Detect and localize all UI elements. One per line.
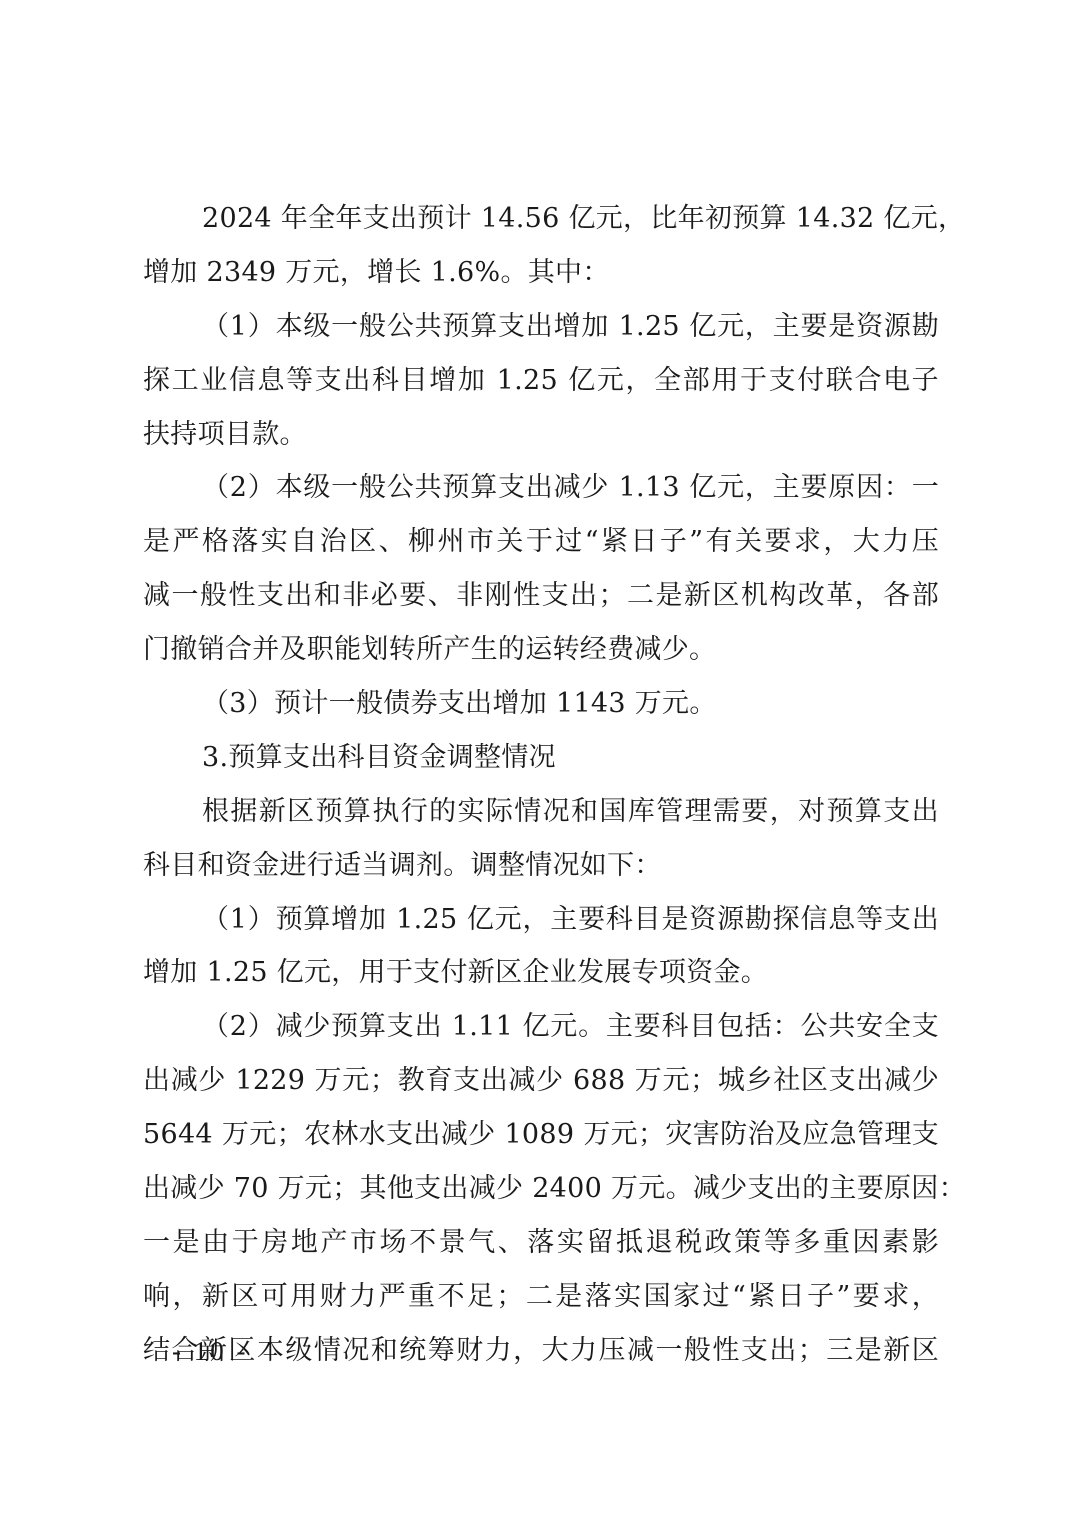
text-line: 出减少 70 万元；其他支出减少 2400 万元。减少支出的主要原因：: [143, 1162, 939, 1216]
paragraph-item-1-increase: （1）本级一般公共预算支出增加 1.25 亿元，主要是资源勘 探工业信息等支出科…: [143, 300, 939, 462]
text-line: 响，新区可用财力严重不足；二是落实国家过“紧日子”要求，: [143, 1270, 939, 1324]
paragraph-item-2-decrease: （2）本级一般公共预算支出减少 1.13 亿元，主要原因：一 是严格落实自治区、…: [143, 461, 939, 677]
text-line: 是严格落实自治区、柳州市关于过“紧日子”有关要求，大力压: [143, 515, 939, 569]
text-line: 增加 2349 万元，增长 1.6%。其中：: [143, 246, 939, 300]
paragraph-adjustment-1: （1）预算增加 1.25 亿元，主要科目是资源勘探信息等支出 增加 1.25 亿…: [143, 893, 939, 1001]
text-line: 5644 万元；农林水支出减少 1089 万元；灾害防治及应急管理支: [143, 1108, 939, 1162]
section-heading-text: 3.预算支出科目资金调整情况: [143, 731, 939, 785]
document-body: 2024 年全年支出预计 14.56 亿元，比年初预算 14.32 亿元， 增加…: [143, 192, 939, 1378]
text-line: 科目和资金进行适当调剂。调整情况如下：: [143, 839, 939, 893]
paragraph-adjustment-intro: 根据新区预算执行的实际情况和国库管理需要，对预算支出 科目和资金进行适当调剂。调…: [143, 785, 939, 893]
text-line: （3）预计一般债券支出增加 1143 万元。: [143, 677, 939, 731]
text-line: 结合新区本级情况和统筹财力，大力压减一般性支出；三是新区: [143, 1324, 939, 1378]
text-line: （1）预算增加 1.25 亿元，主要科目是资源勘探信息等支出: [143, 893, 939, 947]
text-line: 根据新区预算执行的实际情况和国库管理需要，对预算支出: [143, 785, 939, 839]
paragraph-item-3-bond: （3）预计一般债券支出增加 1143 万元。: [143, 677, 939, 731]
text-line: 出减少 1229 万元；教育支出减少 688 万元；城乡社区支出减少: [143, 1054, 939, 1108]
text-line: 减一般性支出和非必要、非刚性支出；二是新区机构改革，各部: [143, 569, 939, 623]
text-line: 增加 1.25 亿元，用于支付新区企业发展专项资金。: [143, 946, 939, 1000]
text-line: （1）本级一般公共预算支出增加 1.25 亿元，主要是资源勘: [143, 300, 939, 354]
text-line: （2）减少预算支出 1.11 亿元。主要科目包括：公共安全支: [143, 1000, 939, 1054]
text-line: 探工业信息等支出科目增加 1.25 亿元，全部用于支付联合电子: [143, 354, 939, 408]
text-line: （2）本级一般公共预算支出减少 1.13 亿元，主要原因：一: [143, 461, 939, 515]
document-page: 2024 年全年支出预计 14.56 亿元，比年初预算 14.32 亿元， 增加…: [0, 0, 1074, 1520]
text-line: 2024 年全年支出预计 14.56 亿元，比年初预算 14.32 亿元，: [143, 192, 939, 246]
text-line: 扶持项目款。: [143, 408, 939, 462]
text-line: 一是由于房地产市场不景气、落实留抵退税政策等多重因素影: [143, 1216, 939, 1270]
section-heading: 3.预算支出科目资金调整情况: [143, 731, 939, 785]
paragraph-total-expenditure: 2024 年全年支出预计 14.56 亿元，比年初预算 14.32 亿元， 增加…: [143, 192, 939, 300]
text-line: 门撤销合并及职能划转所产生的运转经费减少。: [143, 623, 939, 677]
paragraph-adjustment-2: （2）减少预算支出 1.11 亿元。主要科目包括：公共安全支 出减少 1229 …: [143, 1000, 939, 1377]
page-number: - 10 -: [172, 1336, 248, 1367]
